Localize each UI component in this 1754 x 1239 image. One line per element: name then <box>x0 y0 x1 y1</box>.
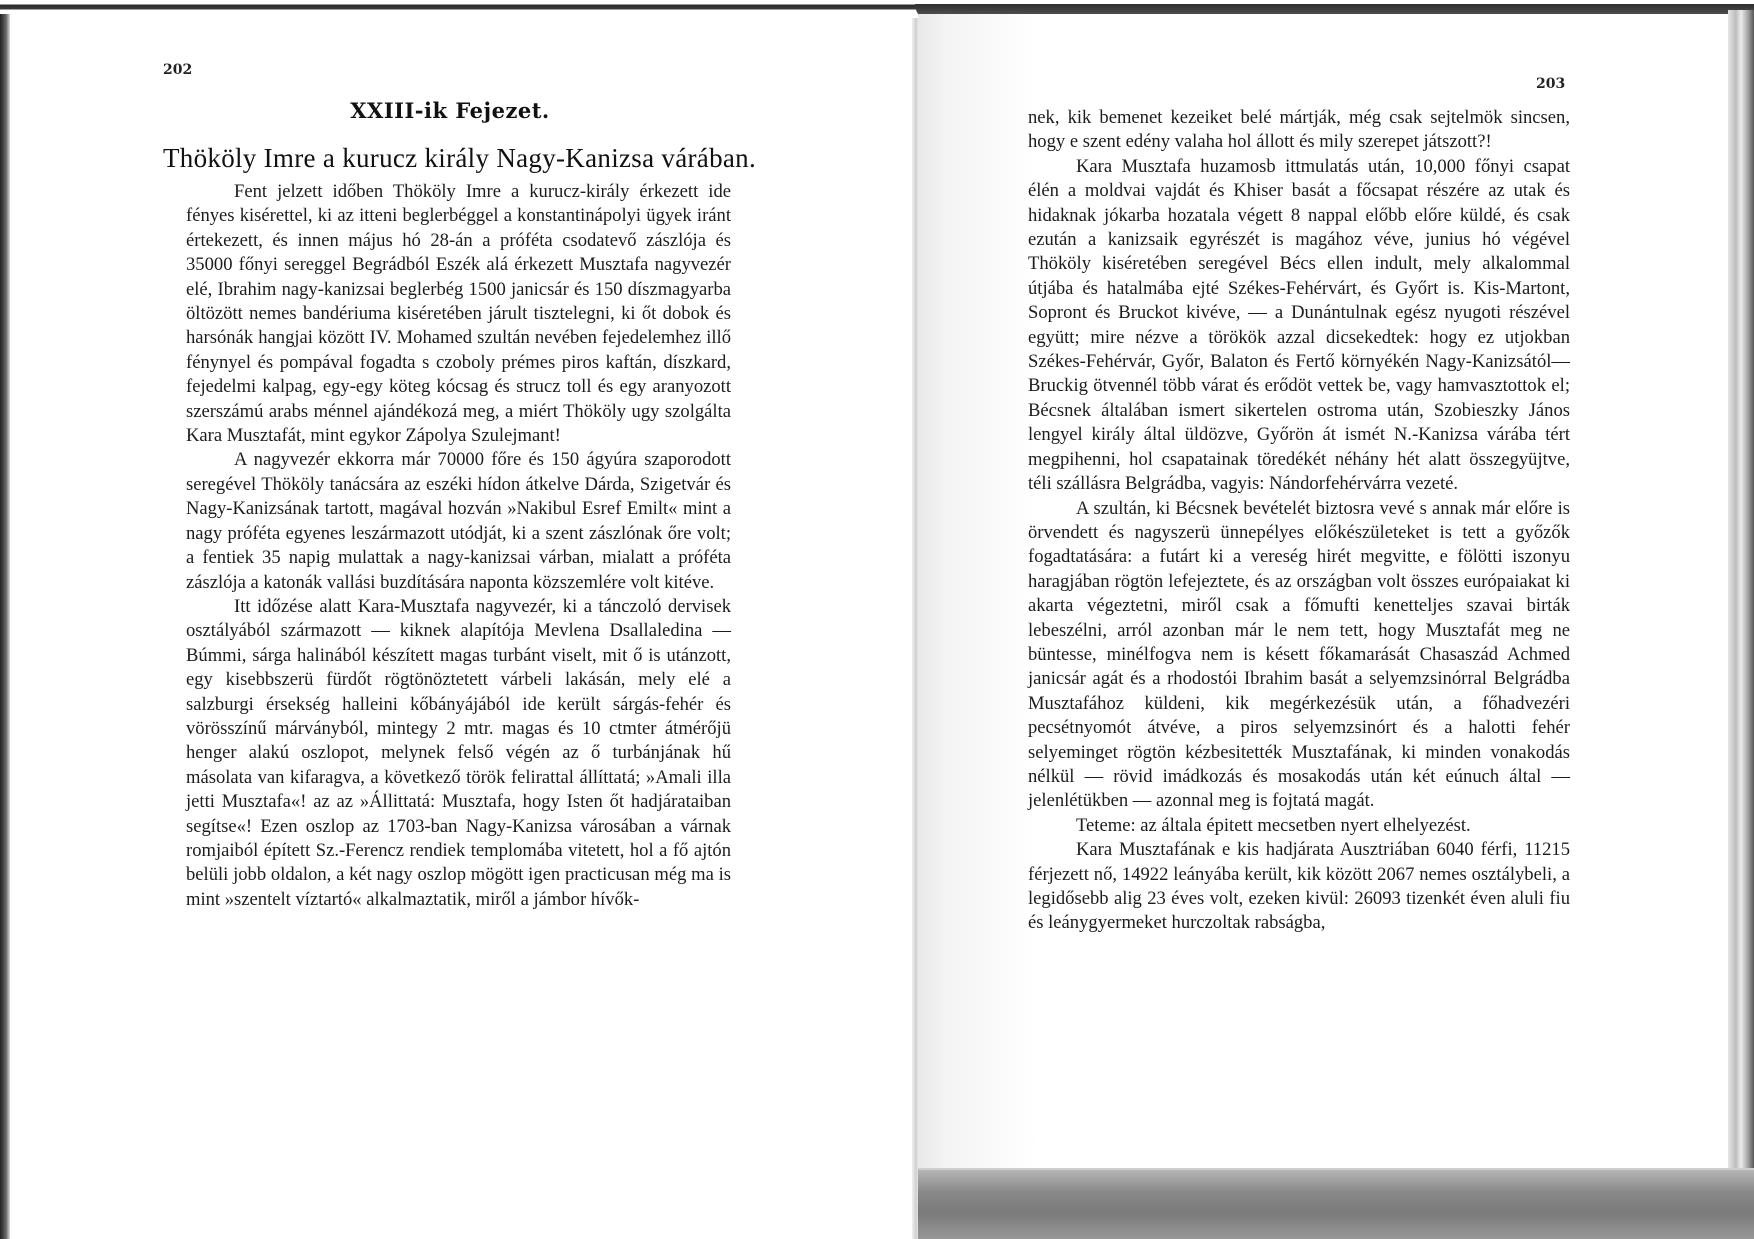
right-page-body: nek, kik bemenet kezeiket belé mártják, … <box>1028 106 1570 936</box>
chapter-title: Thököly Imre a kurucz király Nagy-Kanizs… <box>163 143 743 174</box>
page-number-right: 203 <box>1536 76 1565 92</box>
page-number-left: 202 <box>163 62 192 78</box>
paragraph: A nagyvezér ekkorra már 70000 főre és 15… <box>186 448 731 594</box>
left-page-body: Fent jelzett időben Thököly Imre a kuruc… <box>186 180 731 912</box>
chapter-heading: XXIII-ik Fejezet. <box>160 98 740 123</box>
paragraph: Kara Musztafa huzamosb ittmulatás után, … <box>1028 155 1570 497</box>
paragraph: Itt időzése alatt Kara-Musztafa nagyvezé… <box>186 595 731 912</box>
paragraph-continued: nek, kik bemenet kezeiket belé mártják, … <box>1028 106 1570 155</box>
paragraph: A szultán, ki Bécsnek bevételét biztosra… <box>1028 497 1570 814</box>
book-right-edge <box>1728 10 1754 1170</box>
paragraph: Teteme: az általa épitett mecsetben nyer… <box>1028 814 1570 838</box>
paragraph: Fent jelzett időben Thököly Imre a kuruc… <box>186 180 731 448</box>
book-left-edge <box>0 0 10 1239</box>
book-bottom-edge <box>918 1168 1754 1239</box>
paragraph: Kara Musztafának e kis hadjárata Ausztri… <box>1028 838 1570 936</box>
